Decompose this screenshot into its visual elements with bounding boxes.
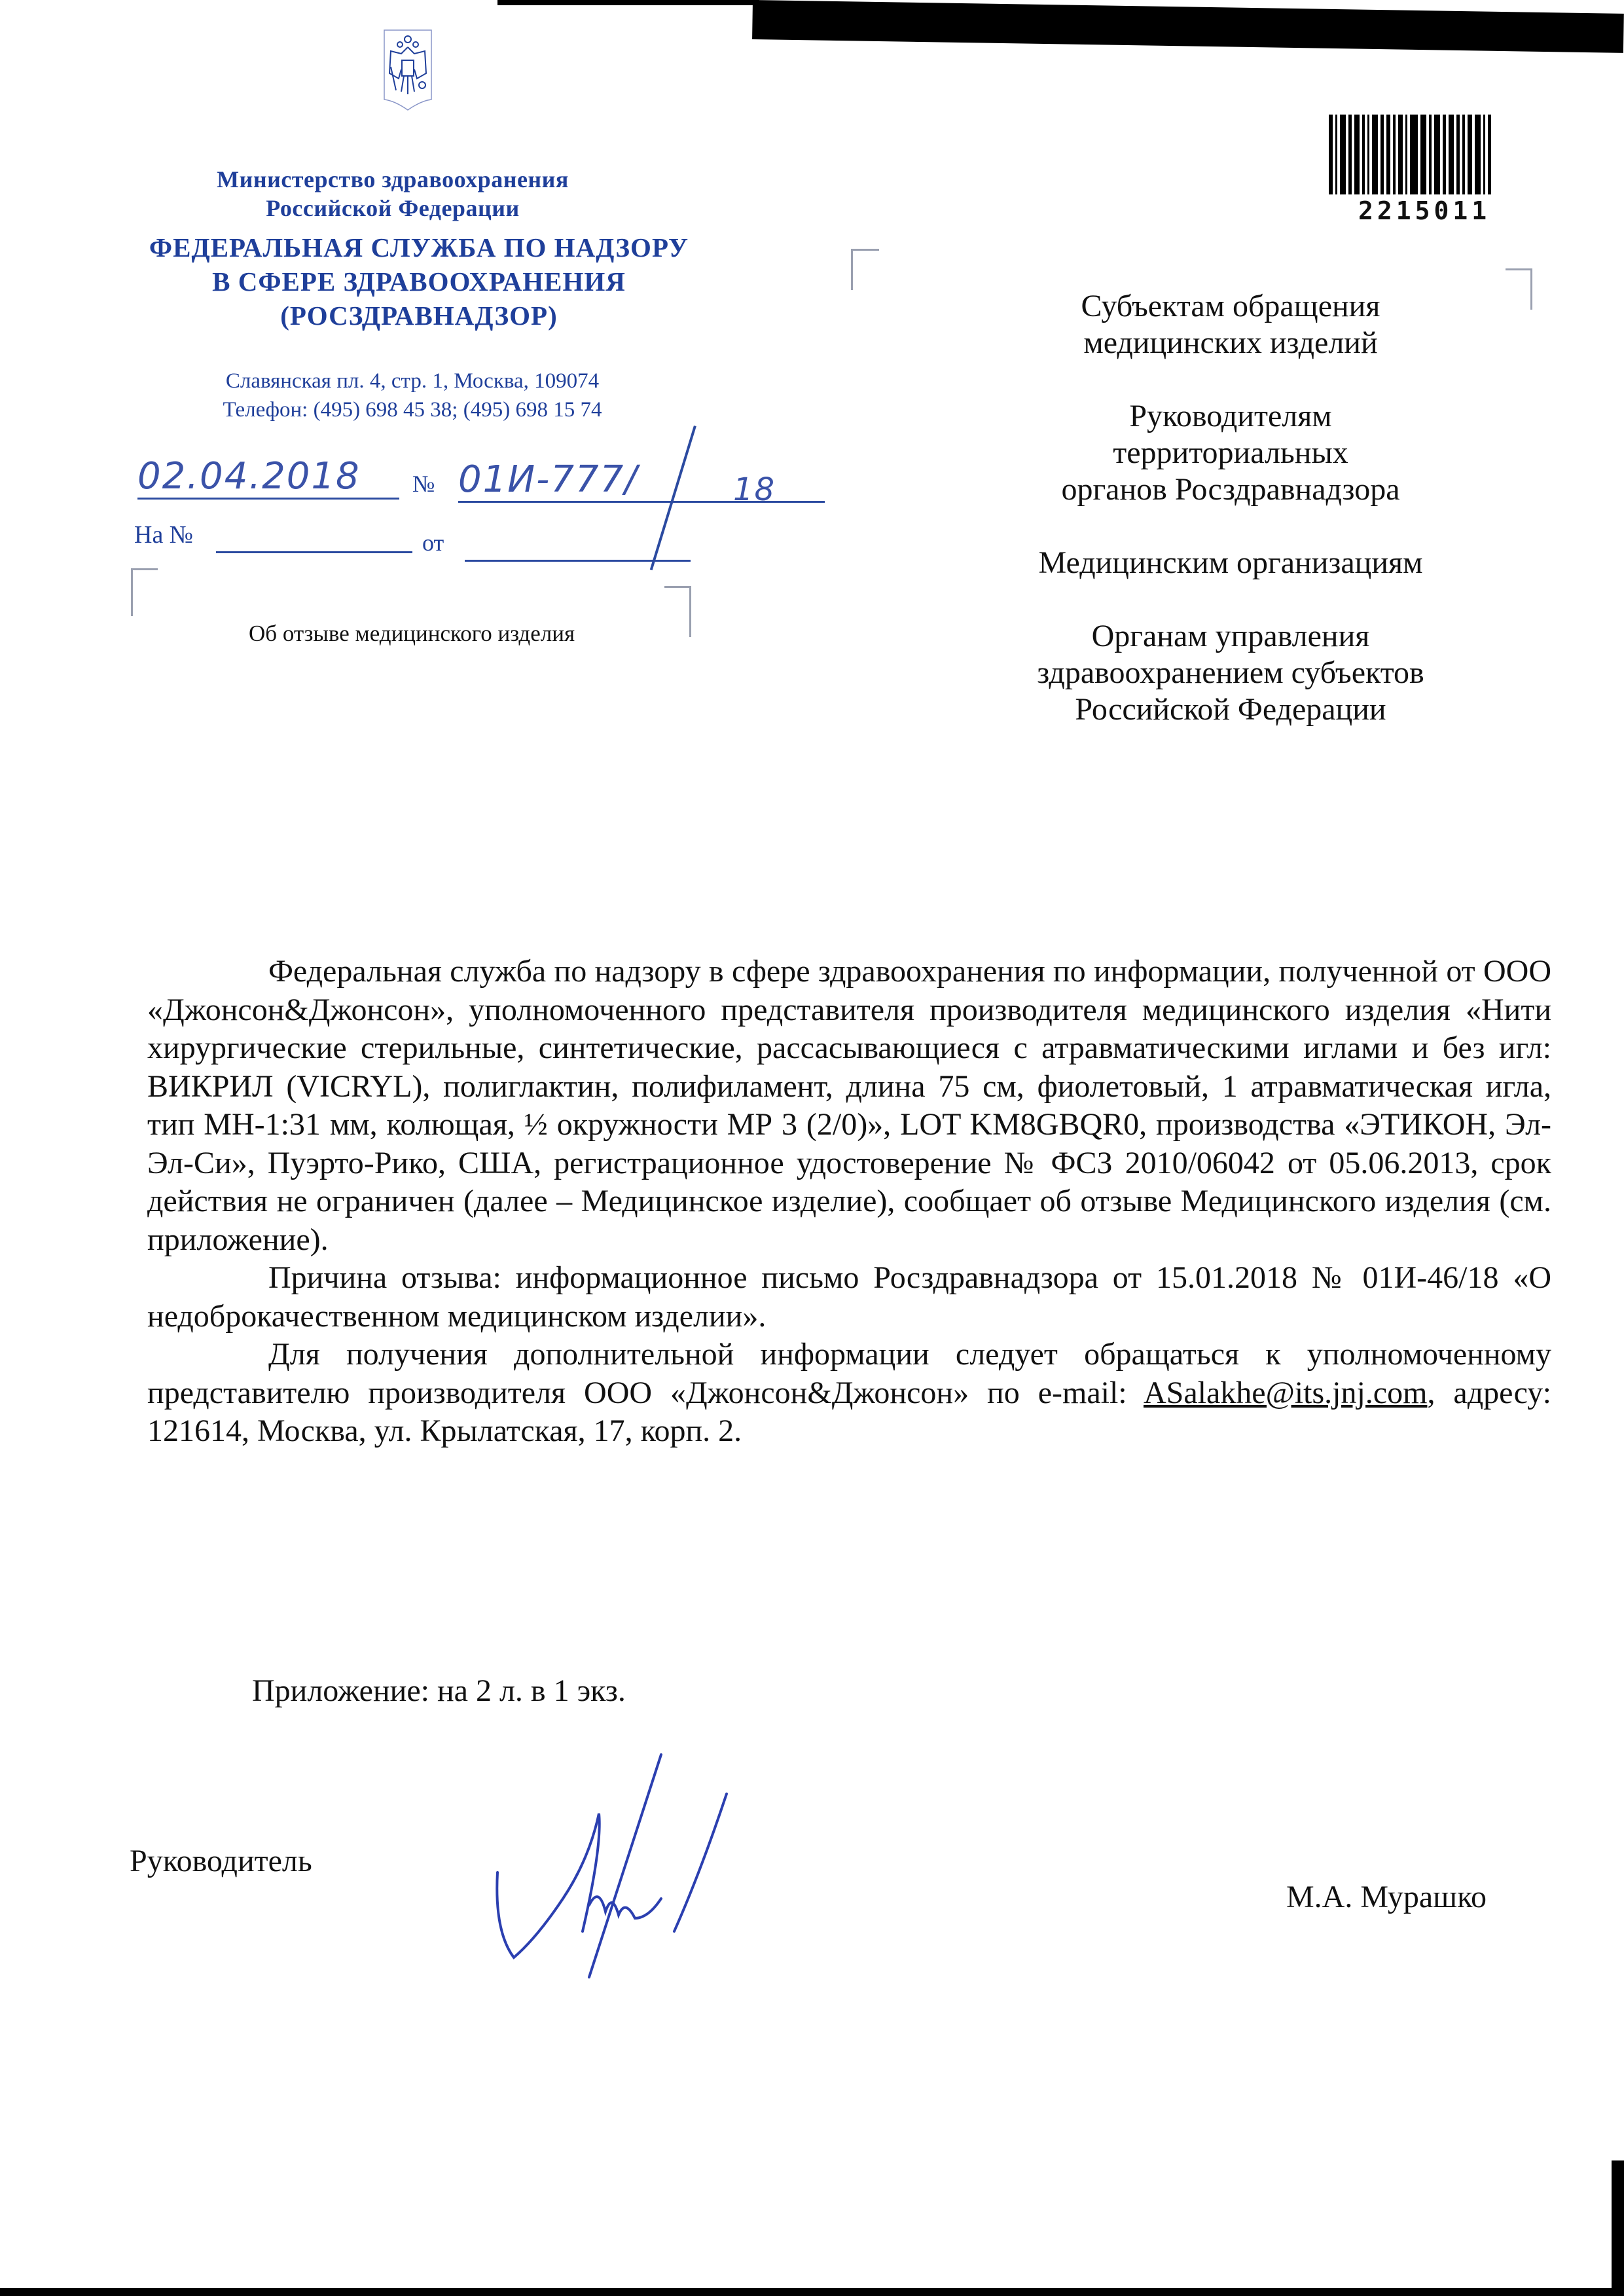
- address-line: Славянская пл. 4, стр. 1, Москва, 109074: [164, 367, 661, 395]
- reply-number-field: [216, 551, 412, 553]
- signer-name: М.А. Мурашко: [1286, 1879, 1487, 1915]
- corner-mark: [851, 249, 879, 290]
- barcode-number: 2215011: [1358, 196, 1490, 225]
- scan-edge-top: [752, 0, 1624, 53]
- letter-subject: Об отзыве медицинского изделия: [249, 621, 575, 647]
- body-paragraph-1: Федеральная служба по надзору в сфере зд…: [147, 953, 1551, 1259]
- letterhead-address: Славянская пл. 4, стр. 1, Москва, 109074…: [164, 367, 661, 424]
- ministry-line-1: Министерство здравоохранения: [164, 165, 622, 194]
- addressee-item: Руководителям территориальных органов Ро…: [936, 398, 1525, 508]
- addressee-item: Медицинским организациям: [936, 545, 1525, 581]
- phone-line: Телефон: (495) 698 45 38; (495) 698 15 7…: [164, 395, 661, 424]
- ministry-name: Министерство здравоохранения Российской …: [164, 165, 622, 223]
- registration-number-label: №: [412, 470, 435, 498]
- body-paragraph-2: Причина отзыва: информационное письмо Ро…: [147, 1259, 1551, 1336]
- scan-edge-bottom: [0, 2288, 1624, 2296]
- addressee-block: Субъектам обращения медицинских изделий …: [936, 288, 1525, 765]
- corner-mark: [131, 568, 158, 616]
- reply-date-label: от: [422, 529, 444, 556]
- addressee-item: Субъектам обращения медицинских изделий: [936, 288, 1525, 361]
- service-line-3: (РОСЗДРАВНАДЗОР): [131, 299, 707, 333]
- corner-mark: [664, 586, 691, 637]
- contact-email-link[interactable]: ASalakhe@its.jnj.com: [1144, 1376, 1427, 1410]
- letter-body: Федеральная служба по надзору в сфере зд…: [147, 953, 1551, 1451]
- registration-number-suffix: 18: [733, 471, 776, 508]
- registration-date: 02.04.2018: [137, 455, 399, 500]
- body-paragraph-3: Для получения дополнительной информации …: [147, 1336, 1551, 1451]
- ministry-line-2: Российской Федерации: [164, 194, 622, 223]
- service-name: ФЕДЕРАЛЬНАЯ СЛУЖБА ПО НАДЗОРУ В СФЕРЕ ЗД…: [131, 230, 707, 333]
- reply-number-label: На №: [134, 520, 193, 549]
- service-line-1: ФЕДЕРАЛЬНАЯ СЛУЖБА ПО НАДЗОРУ: [131, 230, 707, 264]
- attachment-note: Приложение: на 2 л. в 1 экз.: [252, 1673, 626, 1709]
- scan-edge-top-left: [497, 0, 759, 5]
- scan-edge-right: [1612, 2160, 1624, 2296]
- reply-date-field: [465, 560, 691, 562]
- barcode-icon: [1329, 115, 1528, 194]
- addressee-item: Органам управления здравоохранением субъ…: [936, 618, 1525, 728]
- signer-title: Руководитель: [130, 1843, 312, 1879]
- service-line-2: В СФЕРЕ ЗДРАВООХРАНЕНИЯ: [131, 264, 707, 299]
- signature-icon: [484, 1741, 851, 1990]
- russian-coat-of-arms-icon: [382, 27, 434, 113]
